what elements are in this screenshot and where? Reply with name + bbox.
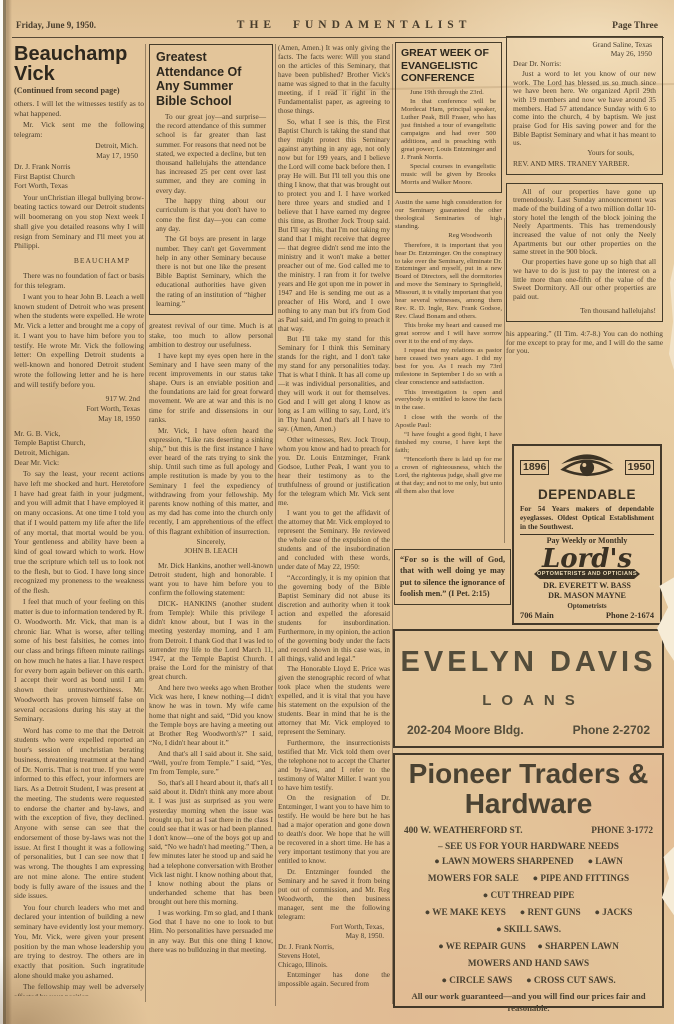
issue-date: Friday, June 9, 1950. [16, 21, 96, 30]
scripture-quote: “I have fought a good fight, I have fini… [395, 431, 502, 455]
paragraph: There was no foundation of fact or basis… [14, 271, 144, 291]
article-column-3: (Amen, Amen.) It was only giving the fac… [278, 44, 390, 1002]
paragraph: To say the least, your recent actions ha… [14, 469, 144, 596]
paragraph: On the resignation of Dr. Entzminger, I … [278, 794, 390, 866]
lords-doctor-2: DR. MASON MAYNE [520, 591, 654, 601]
paragraph: And here two weeks ago when Brother Vick… [149, 683, 273, 747]
paragraph: greatest revival of our time. Much is at… [149, 321, 273, 349]
pioneer-address: 400 W. WEATHERFORD ST. [404, 826, 523, 837]
paragraph: So, that's all I heard about it, that's … [149, 778, 273, 907]
telegram-dateline: Fort Worth, Texas, May 8, 1950. [278, 923, 390, 941]
paragraph: I close with the words of the Apostle Pa… [395, 414, 502, 430]
scripture-quote-box: “For so is the will of God, that with we… [394, 549, 511, 605]
paragraph: In that conference will be Mordecai Ham,… [401, 98, 496, 161]
scripture-quote: “Henceforth there is laid up for me a cr… [395, 456, 502, 496]
paragraph: Word has come to me that the Detroit stu… [14, 726, 144, 902]
paragraph: Mr. Vick, I have often heard the express… [149, 426, 273, 536]
paragraph: The happy thing about our curriculum is … [156, 196, 266, 233]
pioneer-service-line: ● WE MAKE KEYS ● RENT GUNS ● JACKS [404, 904, 653, 921]
summer-school-box: Greatest Attendance Of Any Summer Bible … [149, 44, 273, 315]
pioneer-service-line: MOWERS FOR SALE ● PIPE AND FITTINGS [404, 870, 653, 887]
pioneer-phone: PHONE 3-1772 [591, 826, 653, 837]
lords-headline: DEPENDABLE [520, 488, 654, 502]
ink-smudge [0, 954, 150, 1024]
page-header: Friday, June 9, 1950. THE FUNDAMENTALIST… [16, 20, 658, 32]
current-year: 1950 [625, 460, 654, 476]
paragraph: The GI boys are present in large number.… [156, 234, 266, 308]
paragraph: Special courses in evangelistic music wi… [401, 163, 496, 187]
evelyn-name: EVELYN DAVIS [395, 648, 662, 677]
paragraph: This investigation is open and everybody… [395, 389, 502, 413]
box-headline-evangelistic-conference: GREAT WEEK OF EVANGELISTIC CONFERENCE [401, 47, 496, 85]
column-rule [275, 44, 276, 1006]
lords-phone: Phone 2-1674 [606, 611, 654, 621]
paragraph: And that's all I said about it. She said… [149, 749, 273, 777]
paragraph: Our properties have gone up so high that… [513, 258, 656, 301]
pioneer-service-line: ● CIRCLE SAWS ● CROSS CUT SAWS. [404, 972, 653, 989]
pioneer-hardware-ad: Pioneer Traders & Hardware 400 W. WEATHE… [393, 753, 664, 1008]
article-column-2: Greatest Attendance Of Any Summer Bible … [149, 44, 273, 1008]
pioneer-tagline: – SEE US FOR YOUR HARDWARE NEEDS [404, 842, 653, 853]
paragraph: Mr. Vick sent me the following telegram: [14, 120, 144, 140]
telegram-signature: BEAUCHAMP [14, 256, 144, 266]
paragraph: Other witnesses, Rev. Jock Troup, whom y… [278, 436, 390, 508]
letter-dateline: Grand Saline, Texas May 26, 1950 [513, 41, 656, 58]
founding-year: 1896 [520, 460, 549, 476]
telegram-recipient: Dr. J. Frank Norris First Baptist Church… [14, 162, 144, 191]
pioneer-service-line: ● LAWN MOWERS SHARPENED ● LAWN [404, 853, 653, 870]
scan-edge [0, 0, 12, 1024]
letter-body: Just a word to let you know of our new w… [513, 70, 656, 148]
evelyn-address: 202-204 Moore Bldg. [407, 724, 524, 736]
lords-doctor-1: DR. EVERETT W. BASS [520, 581, 654, 591]
continued-note: (Continued from second page) [14, 86, 144, 96]
letter-signature: Sincerely, JOHN B. LEACH [149, 537, 273, 555]
paragraph: This broke my heart and caused me great … [395, 322, 502, 346]
article-column-4: GREAT WEEK OF EVANGELISTIC CONFERENCE Ju… [395, 42, 502, 546]
paragraph: I want you to hear John B. Leach a well … [14, 292, 144, 390]
letter-box-grand-saline: Grand Saline, Texas May 26, 1950 Dear Dr… [506, 36, 663, 175]
paragraph: I have kept my eyes open here in the Sem… [149, 351, 273, 425]
paragraph: But I'll take my stand for this Seminary… [278, 335, 390, 434]
paragraph: others. I will let the witnesses testify… [14, 99, 144, 119]
pioneer-address-row: 400 W. WEATHERFORD ST. PHONE 3-1772 [404, 826, 653, 837]
lords-body: For 54 Years makers of dependable eyegla… [520, 504, 654, 531]
pioneer-name-line-1: Pioneer Traders & [404, 759, 653, 788]
newspaper-page: Friday, June 9, 1950. THE FUNDAMENTALIST… [0, 0, 674, 1024]
paragraph: Therefore, it is important that you hear… [395, 242, 502, 321]
evelyn-davis-ad: EVELYN DAVIS LOANS 202-204 Moore Bldg. P… [393, 629, 664, 748]
evelyn-footer: 202-204 Moore Bldg. Phone 2-2702 [395, 724, 662, 736]
paragraph: I repeat that my relations as pastor her… [395, 347, 502, 387]
letter-closing: Yours for souls, [513, 149, 656, 158]
properties-box: All of our properties have gone up treme… [506, 183, 663, 322]
paragraph: I want you to get the affidavit of the a… [278, 509, 390, 572]
lords-ribbon: OPTOMETRISTS AND OPTICIANS [534, 569, 640, 580]
paragraph: To our great joy—and surprise—the record… [156, 112, 266, 195]
paragraph: June 19th through the 23rd. [401, 89, 496, 97]
telegram-dateline: Detroit, Mich. May 17, 1950 [14, 141, 144, 161]
letter-salutation: Dear Dr. Norris: [513, 60, 656, 69]
conference-box: GREAT WEEK OF EVANGELISTIC CONFERENCE Ju… [395, 42, 502, 193]
paragraph: Furthermore, the insurrectionists testif… [278, 739, 390, 793]
letter-signature: REV. AND MRS. TRANEY YARBER. [513, 160, 656, 169]
paragraph: I was working. I'm so glad, and I thank … [149, 908, 273, 954]
letter-recipient: Mr. G. B. Vick, Temple Baptist Church, D… [14, 429, 144, 468]
signature-reg-woodworth: Reg Woodworth [395, 232, 502, 240]
box-headline-summer-school: Greatest Attendance Of Any Summer Bible … [156, 50, 266, 108]
paragraph: Mr. Dick Hankins, another well-known Det… [149, 561, 273, 598]
paragraph: his appearing.” (II Tim. 4:7-8.) You can… [506, 330, 663, 356]
paragraph: (Amen, Amen.) It was only giving the fac… [278, 44, 390, 116]
paragraph: All of our properties have gone up treme… [513, 188, 656, 257]
affidavit-quote: “Accordingly, it is my opinion that the … [278, 574, 390, 664]
paragraph: Austin the same high consideration for o… [395, 199, 502, 231]
paragraph: I feel that much of your feeling on this… [14, 597, 144, 724]
article-column-5: Grand Saline, Texas May 26, 1950 Dear Dr… [506, 36, 663, 440]
masthead-title: THE FUNDAMENTALIST [237, 20, 472, 32]
pioneer-service-line: ● CUT THREAD PIPE [404, 887, 653, 904]
lords-optical-ad: 1896 1950 DEPENDABLE For 54 Years makers… [512, 444, 662, 625]
pioneer-service-line: MOWERS AND HAND SAWS [404, 955, 653, 972]
article-headline-beauchamp-vick: Beauchamp Vick [14, 44, 144, 84]
paragraph: Dr. Entzminger founded the Seminary and … [278, 868, 390, 922]
lords-year-row: 1896 1950 [520, 449, 654, 486]
pioneer-service-line: ● SKILL SAWS. [404, 921, 653, 938]
column-rule [145, 44, 146, 1002]
paragraph: DICK- HANKINS (another student from Temp… [149, 599, 273, 682]
page-number: Page Three [612, 22, 658, 32]
pioneer-service-line: ● WE REPAIR GUNS ● SHARPEN LAWN [404, 938, 653, 955]
lords-address: 706 Main [520, 611, 554, 621]
letter-dateline: 917 W. 2nd Fort Worth, Texas May 18, 195… [14, 394, 144, 423]
pioneer-guarantee: All our work guaranteed—and you will fin… [404, 991, 653, 1014]
telegram-body: Your unChristian illegal bullying brow-b… [14, 193, 144, 252]
article-column-1: Beauchamp Vick (Continued from second pa… [14, 44, 144, 996]
pioneer-name-line-2: Hardware [404, 789, 653, 818]
paragraph: So, what I see is this, the First Baptis… [278, 118, 390, 334]
evelyn-phone: Phone 2-2702 [573, 724, 650, 736]
telegram-recipient: Dr. J. Frank Norris, Stevens Hotel, Chic… [278, 943, 390, 970]
eye-icon [558, 449, 616, 486]
column-rule [504, 218, 505, 543]
evelyn-product: LOANS [395, 693, 662, 708]
lords-footer: 706 Main Phone 2-1674 [520, 611, 654, 621]
hallelujah-line: Ten thousand hallelujahs! [513, 307, 656, 316]
paragraph: The Honorable Lloyd E. Price was given t… [278, 665, 390, 737]
torn-edge [667, 250, 674, 380]
lords-brand-logotype: Lord's [520, 546, 654, 572]
telegram-body: Entzminger has done the impossible again… [278, 971, 390, 989]
lords-role: Optometrists [520, 602, 654, 610]
